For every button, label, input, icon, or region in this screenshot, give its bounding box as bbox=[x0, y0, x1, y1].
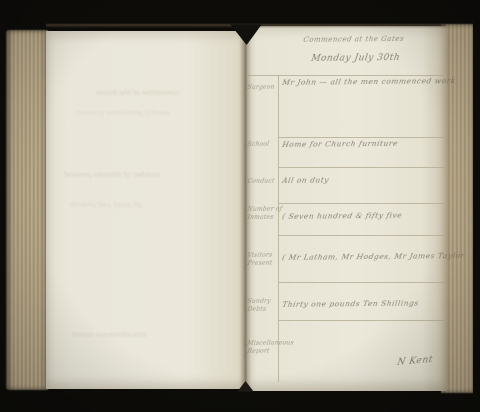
row-entry: Thirty one pounds Ten Shillings bbox=[282, 299, 420, 309]
signature: N Kent bbox=[396, 355, 433, 368]
row-label: Number of bbox=[247, 206, 283, 213]
ledger-heading: Commenced at the Gates bbox=[303, 35, 405, 44]
row-divider bbox=[279, 137, 445, 138]
left-blank-page: committee of the house weekly provisions… bbox=[46, 31, 246, 389]
row-divider bbox=[279, 235, 445, 236]
ghost-text-line: weekly provisions account bbox=[75, 109, 170, 117]
row-entry: Home for Church furniture bbox=[282, 139, 399, 149]
ghost-text-line: miscellaneous report bbox=[71, 331, 147, 339]
table-margin-rule bbox=[278, 75, 279, 382]
row-divider bbox=[279, 203, 445, 204]
row-entry: All on duty bbox=[282, 176, 330, 185]
row-label: Conduct bbox=[247, 178, 275, 185]
left-page-edge-stack bbox=[6, 30, 48, 390]
right-ledger-page: Commenced at the Gates Monday July 30th … bbox=[246, 26, 446, 391]
row-label: Surgeon bbox=[247, 84, 275, 91]
ghost-text-line: all quiet and orderly bbox=[69, 201, 143, 209]
row-entry: Mr John — all the men commenced work bbox=[282, 76, 457, 87]
row-entry: ( Mr Latham, Mr Hodges, Mr James Taylor bbox=[282, 251, 466, 262]
background-right bbox=[473, 0, 480, 412]
ghost-text-line: committee of the house bbox=[95, 89, 180, 97]
row-entry: ( Seven hundred & fifty five bbox=[282, 211, 403, 221]
row-divider bbox=[279, 282, 445, 283]
row-label: Miscellaneous bbox=[247, 340, 294, 347]
row-divider bbox=[279, 167, 445, 168]
row-divider bbox=[279, 320, 445, 321]
ledger-date: Monday July 30th bbox=[310, 53, 400, 64]
book-gutter-crease bbox=[240, 26, 251, 391]
ghost-text-line: number of inmates present bbox=[63, 171, 160, 179]
